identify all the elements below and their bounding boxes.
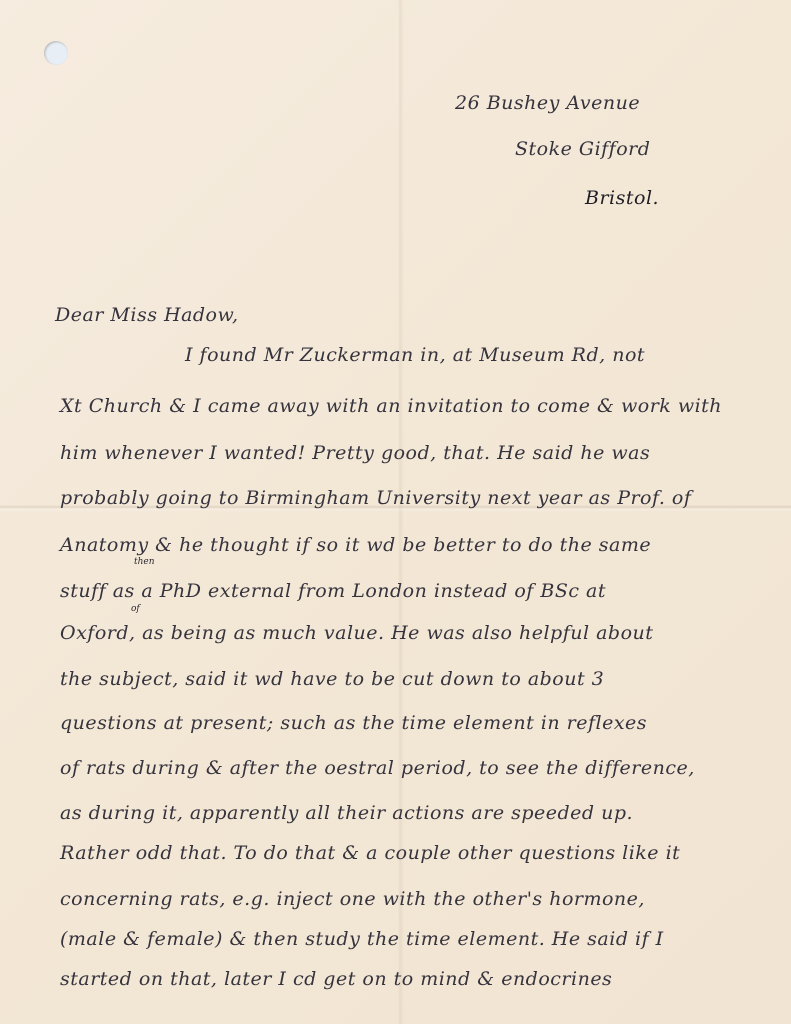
body-line-8: the subject, said it wd have to be cut d… bbox=[60, 668, 604, 690]
body-line-1: I found Mr Zuckerman in, at Museum Rd, n… bbox=[185, 344, 645, 366]
address-line-2: Stoke Gifford bbox=[515, 138, 650, 160]
body-line-11: as during it, apparently all their actio… bbox=[60, 802, 633, 824]
salutation: Dear Miss Hadow, bbox=[55, 304, 239, 326]
body-line-7: Oxford, as being as much value. He was a… bbox=[60, 622, 653, 644]
punch-hole bbox=[44, 41, 68, 65]
body-line-14: (male & female) & then study the time el… bbox=[60, 928, 664, 950]
address-line-3: Bristol. bbox=[585, 187, 659, 209]
insert-above-stuff: then bbox=[134, 557, 155, 567]
body-line-10: of rats during & after the oestral perio… bbox=[60, 757, 695, 779]
body-line-4: probably going to Birmingham University … bbox=[60, 487, 691, 509]
body-line-15: started on that, later I cd get on to mi… bbox=[60, 968, 612, 990]
body-line-13: concerning rats, e.g. inject one with th… bbox=[60, 888, 645, 910]
body-line-3: him whenever I wanted! Pretty good, that… bbox=[60, 442, 650, 464]
body-line-9: questions at present; such as the time e… bbox=[60, 712, 647, 734]
address-line-1: 26 Bushey Avenue bbox=[455, 92, 640, 114]
body-line-2: Xt Church & I came away with an invitati… bbox=[60, 395, 722, 417]
body-line-6: stuff as a PhD external from London inst… bbox=[60, 580, 606, 602]
body-line-12: Rather odd that. To do that & a couple o… bbox=[60, 842, 680, 864]
insert-above-being: of bbox=[131, 604, 140, 614]
letter-page: 26 Bushey Avenue Stoke Gifford Bristol. … bbox=[0, 0, 791, 1024]
body-line-5: Anatomy & he thought if so it wd be bett… bbox=[60, 534, 651, 556]
